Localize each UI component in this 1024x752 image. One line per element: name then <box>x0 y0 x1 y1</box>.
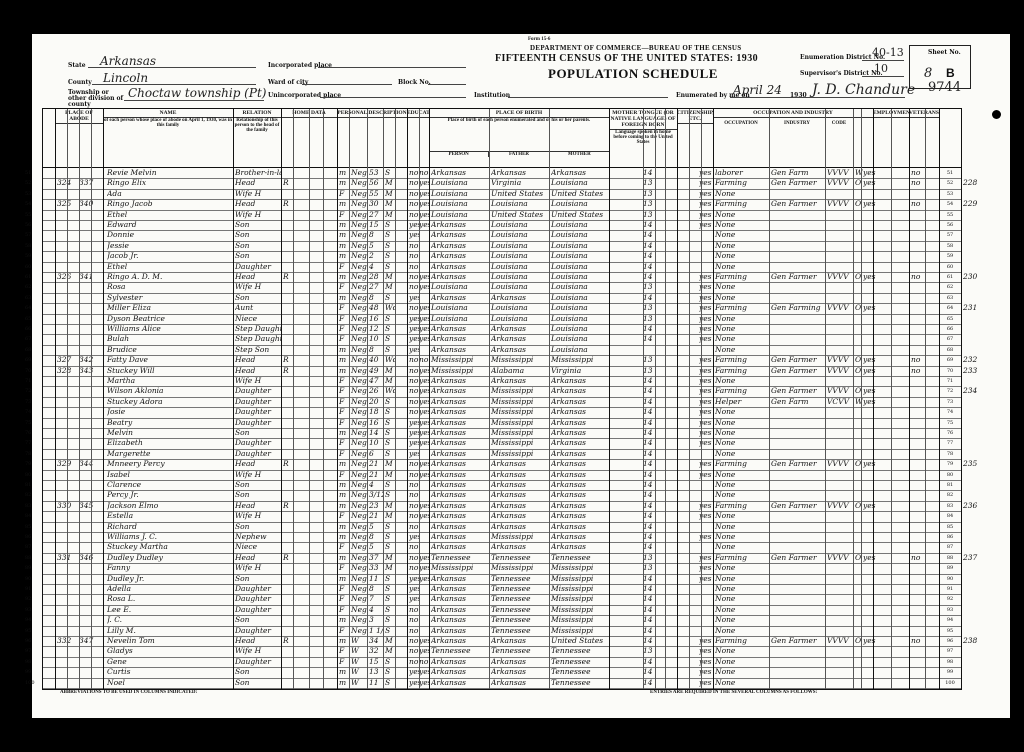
person-name: Jacob Jr. <box>107 251 231 261</box>
line-number: 99 <box>25 667 39 677</box>
mother-birthplace: Mississippi <box>551 563 609 573</box>
line-number-right: 74 <box>941 407 959 417</box>
father-birthplace: Louisiana <box>491 241 549 251</box>
race: Neg <box>351 168 367 178</box>
mother-birthplace: Louisiana <box>551 324 609 334</box>
race: Neg <box>351 345 367 355</box>
schedule-title: POPULATION SCHEDULE <box>548 66 718 82</box>
sex: m <box>339 199 349 209</box>
birthplace: Arkansas <box>431 459 489 469</box>
state-label: State <box>68 62 86 69</box>
can-read: yes <box>419 470 429 480</box>
occupation: None <box>715 251 771 261</box>
person-name: Fanny <box>107 563 231 573</box>
occupation: None <box>715 626 771 636</box>
school-attendance: yes <box>409 220 419 230</box>
line-number-right: 95 <box>941 626 959 636</box>
father-birthplace: Arkansas <box>491 542 549 552</box>
person-name: Beatry <box>107 418 231 428</box>
mother-birthplace: Virginia <box>551 366 609 376</box>
age: 18 <box>369 407 383 417</box>
race: Neg <box>351 324 367 334</box>
form-number: Form 15-6 <box>528 37 550 42</box>
occupation: None <box>715 563 771 573</box>
sex: m <box>339 615 349 625</box>
sex: m <box>339 480 349 490</box>
sex: m <box>339 522 349 532</box>
margin-note: 228 <box>963 178 983 188</box>
person-name: Stuckey Will <box>107 366 231 376</box>
school-attendance: yes <box>409 449 419 459</box>
line-number-right: 60 <box>941 262 959 272</box>
mother-birthplace: Arkansas <box>551 168 609 178</box>
can-read: yes <box>419 407 429 417</box>
can-read: yes <box>419 199 429 209</box>
sex: F <box>339 324 349 334</box>
race: Neg <box>351 178 367 188</box>
mother-birthplace: Arkansas <box>551 511 609 521</box>
line-number-right: 71 <box>941 376 959 386</box>
line-number: 87 <box>25 542 39 552</box>
father-birthplace: Arkansas <box>491 459 549 469</box>
can-read: yes <box>419 397 429 407</box>
mother-birthplace: Arkansas <box>551 459 609 469</box>
occupation-code: VVVV <box>827 636 853 646</box>
occupation: Farming <box>715 199 771 209</box>
line-number-right: 91 <box>941 584 959 594</box>
home-tenure: R <box>283 636 293 646</box>
person-name: Margerette <box>107 449 231 459</box>
sex: F <box>339 449 349 459</box>
father-birthplace: Tennessee <box>491 615 549 625</box>
line-number-right: 88 <box>941 553 959 563</box>
race: Neg <box>351 397 367 407</box>
age: 34 <box>369 636 383 646</box>
person-name: Percy Jr. <box>107 490 231 500</box>
line-number: 52 <box>25 178 39 188</box>
can-read: yes <box>419 667 429 677</box>
sex: m <box>339 459 349 469</box>
home-tenure: R <box>283 272 293 282</box>
age: 8 <box>369 293 383 303</box>
marital-status: M <box>385 178 395 188</box>
line-number: 83 <box>25 501 39 511</box>
age: 2 <box>369 251 383 261</box>
mother-birthplace: Louisiana <box>551 262 609 272</box>
line-number: 64 <box>25 303 39 313</box>
mother-birthplace: Arkansas <box>551 376 609 386</box>
marital-status: S <box>385 293 395 303</box>
occupation: None <box>715 376 771 386</box>
mother-birthplace: Mississippi <box>551 584 609 594</box>
sex: F <box>339 262 349 272</box>
margin-note: 235 <box>963 459 983 469</box>
occupation-code: VVVV <box>827 168 853 178</box>
line-number-right: 98 <box>941 657 959 667</box>
dwelling-number: 332 <box>57 636 79 646</box>
occupation-code: VVVV <box>827 303 853 313</box>
person-name: Mnneery Percy <box>107 459 231 469</box>
occupation: None <box>715 657 771 667</box>
mother-birthplace: Arkansas <box>551 501 609 511</box>
race: Neg <box>351 282 367 292</box>
relation: Wife H <box>235 189 281 199</box>
relation: Wife H <box>235 646 281 656</box>
race: Neg <box>351 522 367 532</box>
relation: Step Daughter <box>235 334 281 344</box>
birthplace: Mississippi <box>431 355 489 365</box>
marital-status: S <box>385 324 395 334</box>
birthplace: Arkansas <box>431 615 489 625</box>
occupation: None <box>715 574 771 584</box>
age: 8 <box>369 345 383 355</box>
person-name: Lilly M. <box>107 626 231 636</box>
sex: F <box>339 470 349 480</box>
person-name: Miller Eliza <box>107 303 231 313</box>
age: 6 <box>369 449 383 459</box>
father-birthplace: Arkansas <box>491 501 549 511</box>
school-attendance: no <box>409 262 419 272</box>
marital-status: S <box>385 490 395 500</box>
line-number-right: 83 <box>941 501 959 511</box>
punch-hole <box>992 110 1001 119</box>
block-label: Block No. <box>398 79 431 86</box>
employed: yes <box>863 303 877 313</box>
race: Neg <box>351 376 367 386</box>
marital-status: S <box>385 667 395 677</box>
industry: Gen Farmer <box>771 553 827 563</box>
can-read: yes <box>419 334 429 344</box>
occupation: None <box>715 220 771 230</box>
school-attendance: no <box>409 386 419 396</box>
enumerator-signature: J. D. Chandure <box>812 82 915 98</box>
person-name: Ethel <box>107 210 231 220</box>
occupation: None <box>715 605 771 615</box>
department-title: DEPARTMENT OF COMMERCE—BUREAU OF THE CEN… <box>530 44 741 52</box>
family-number: 342 <box>79 355 101 365</box>
birthplace: Arkansas <box>431 168 489 178</box>
occupation-code: VVVV <box>827 355 853 365</box>
father-birthplace: Mississippi <box>491 407 549 417</box>
relation: Wife H <box>235 210 281 220</box>
line-number-right: 57 <box>941 230 959 240</box>
line-number: 60 <box>25 262 39 272</box>
marital-status: S <box>385 418 395 428</box>
occupation: None <box>715 282 771 292</box>
school-attendance: yes <box>409 574 419 584</box>
line-number-right: 93 <box>941 605 959 615</box>
school-attendance: yes <box>409 428 419 438</box>
age: 28 <box>369 272 383 282</box>
marital-status: Wd <box>385 303 395 313</box>
veteran: no <box>911 366 925 376</box>
marital-status: S <box>385 626 395 636</box>
marital-status: S <box>385 241 395 251</box>
father-birthplace: Louisiana <box>491 282 549 292</box>
birthplace: Arkansas <box>431 334 489 344</box>
line-number: 95 <box>25 626 39 636</box>
school-attendance: yes <box>409 324 419 334</box>
person-name: Gene <box>107 657 231 667</box>
occupation: None <box>715 542 771 552</box>
line-number: 85 <box>25 522 39 532</box>
race: Neg <box>351 490 367 500</box>
can-read: yes <box>419 646 429 656</box>
veteran: no <box>911 168 925 178</box>
race: Neg <box>351 553 367 563</box>
occupation-code: VVVV <box>827 178 853 188</box>
person-name: Melvin <box>107 428 231 438</box>
race: Neg <box>351 574 367 584</box>
father-birthplace: Mississippi <box>491 355 549 365</box>
supervisor-district-value: 10 <box>874 62 888 75</box>
occupation: None <box>715 594 771 604</box>
birthplace: Arkansas <box>431 511 489 521</box>
line-number-right: 85 <box>941 522 959 532</box>
marital-status: M <box>385 366 395 376</box>
person-name: Ringo A. D. M. <box>107 272 231 282</box>
person-name: Donnie <box>107 230 231 240</box>
marital-status: S <box>385 168 395 178</box>
line-number-right: 97 <box>941 646 959 656</box>
relation: Son <box>235 678 281 688</box>
age: 4 <box>369 480 383 490</box>
marital-status: S <box>385 574 395 584</box>
school-attendance: no <box>409 272 419 282</box>
age: 4 <box>369 605 383 615</box>
age: 7 <box>369 594 383 604</box>
school-attendance: yes <box>409 667 419 677</box>
mother-birthplace: Louisiana <box>551 303 609 313</box>
family-number: 337 <box>79 178 101 188</box>
occupation: Farming <box>715 501 771 511</box>
occupation: None <box>715 407 771 417</box>
birthplace: Arkansas <box>431 418 489 428</box>
occupation: Farming <box>715 303 771 313</box>
race: Neg <box>351 262 367 272</box>
line-number-right: 58 <box>941 241 959 251</box>
birthplace: Arkansas <box>431 438 489 448</box>
can-read: yes <box>419 459 429 469</box>
mother-birthplace: Tennessee <box>551 657 609 667</box>
marital-status: M <box>385 376 395 386</box>
birthplace: Arkansas <box>431 293 489 303</box>
person-name: Dudley Dudley <box>107 553 231 563</box>
school-attendance: no <box>409 615 419 625</box>
father-birthplace: Arkansas <box>491 324 549 334</box>
relation: Head <box>235 459 281 469</box>
race: Neg <box>351 470 367 480</box>
can-read: yes <box>419 376 429 386</box>
age: 32 <box>369 646 383 656</box>
industry: Gen Farm <box>771 397 827 407</box>
mother-birthplace: Mississippi <box>551 355 609 365</box>
line-number-right: 82 <box>941 490 959 500</box>
race: Neg <box>351 459 367 469</box>
birthplace: Arkansas <box>431 428 489 438</box>
race: Neg <box>351 615 367 625</box>
age: 27 <box>369 282 383 292</box>
birthplace: Tennessee <box>431 553 489 563</box>
occupation: None <box>715 418 771 428</box>
occupation-code: VVVV <box>827 386 853 396</box>
line-number-right: 69 <box>941 355 959 365</box>
marital-status: M <box>385 272 395 282</box>
person-name: Lee E. <box>107 605 231 615</box>
mother-birthplace: Louisiana <box>551 334 609 344</box>
dwelling-number: 328 <box>57 366 79 376</box>
school-attendance: no <box>409 178 419 188</box>
school-attendance: no <box>409 657 419 667</box>
mother-birthplace: Tennessee <box>551 678 609 688</box>
relation: Daughter <box>235 605 281 615</box>
dwelling-number: 326 <box>57 272 79 282</box>
sex: m <box>339 272 349 282</box>
person-name: Martha <box>107 376 231 386</box>
can-read: yes <box>419 282 429 292</box>
marital-status: S <box>385 449 395 459</box>
line-number: 76 <box>25 428 39 438</box>
line-number: 89 <box>25 563 39 573</box>
father-birthplace: Virginia <box>491 178 549 188</box>
veteran: no <box>911 553 925 563</box>
school-attendance: no <box>409 522 419 532</box>
can-read: yes <box>419 220 429 230</box>
township-value: Choctaw township (Pt) <box>128 86 266 100</box>
school-attendance: yes <box>409 584 419 594</box>
sex: m <box>339 428 349 438</box>
race: Neg <box>351 386 367 396</box>
occupation: None <box>715 511 771 521</box>
relation: Head <box>235 355 281 365</box>
margin-note: 229 <box>963 199 983 209</box>
age: 16 <box>369 314 383 324</box>
age: 48 <box>369 303 383 313</box>
line-number-right: 55 <box>941 210 959 220</box>
person-name: Edward <box>107 220 231 230</box>
relation: Head <box>235 366 281 376</box>
age: 10 <box>369 334 383 344</box>
sex: F <box>339 646 349 656</box>
can-read: yes <box>419 272 429 282</box>
marital-status: Wd <box>385 355 395 365</box>
occupation: None <box>715 532 771 542</box>
sex: F <box>339 407 349 417</box>
marital-status: M <box>385 511 395 521</box>
line-number: 69 <box>25 355 39 365</box>
relation: Step Son <box>235 345 281 355</box>
birthplace: Tennessee <box>431 646 489 656</box>
occupation-code: VVVV <box>827 501 853 511</box>
age: 49 <box>369 366 383 376</box>
age: 26 <box>369 386 383 396</box>
person-name: Noel <box>107 678 231 688</box>
line-number: 54 <box>25 199 39 209</box>
race: Neg <box>351 303 367 313</box>
school-attendance: no <box>409 563 419 573</box>
family-number: 344 <box>79 459 101 469</box>
veteran: no <box>911 636 925 646</box>
father-birthplace: Mississippi <box>491 532 549 542</box>
race: Neg <box>351 428 367 438</box>
sex: F <box>339 334 349 344</box>
father-birthplace: Mississippi <box>491 438 549 448</box>
occupation: None <box>715 584 771 594</box>
father-birthplace: Arkansas <box>491 376 549 386</box>
line-number-right: 65 <box>941 314 959 324</box>
can-read: yes <box>419 386 429 396</box>
can-read: yes <box>419 366 429 376</box>
occupation: None <box>715 189 771 199</box>
race: Neg <box>351 626 367 636</box>
father-birthplace: United States <box>491 210 549 220</box>
person-name: Isabel <box>107 470 231 480</box>
marital-status: M <box>385 646 395 656</box>
school-attendance: no <box>409 511 419 521</box>
race: Neg <box>351 189 367 199</box>
age: 56 <box>369 178 383 188</box>
school-attendance: no <box>409 636 419 646</box>
father-birthplace: Arkansas <box>491 636 549 646</box>
mother-birthplace: Arkansas <box>551 386 609 396</box>
age: 37 <box>369 553 383 563</box>
relation: Wife H <box>235 282 281 292</box>
marital-status: M <box>385 553 395 563</box>
line-number: 72 <box>25 386 39 396</box>
school-attendance: no <box>409 366 419 376</box>
col-group-relation: RELATIONRelationship of this person to t… <box>233 109 282 167</box>
industry: Gen Farmer <box>771 355 827 365</box>
father-birthplace: Mississippi <box>491 386 549 396</box>
race: Neg <box>351 355 367 365</box>
industry: Gen Farmer <box>771 199 827 209</box>
father-birthplace: Arkansas <box>491 522 549 532</box>
line-number: 65 <box>25 314 39 324</box>
margin-note: 230 <box>963 272 983 282</box>
school-attendance: yes <box>409 334 419 344</box>
birthplace: Arkansas <box>431 397 489 407</box>
birthplace: Louisiana <box>431 282 489 292</box>
occupation: None <box>715 490 771 500</box>
person-name: Richard <box>107 522 231 532</box>
age: 47 <box>369 376 383 386</box>
school-attendance: no <box>409 501 419 511</box>
relation: Son <box>235 480 281 490</box>
line-number-right: 59 <box>941 251 959 261</box>
industry: Gen Farmer <box>771 366 827 376</box>
birthplace: Arkansas <box>431 501 489 511</box>
state-value: Arkansas <box>100 54 156 68</box>
race: Neg <box>351 418 367 428</box>
person-name: Ringo Jacob <box>107 199 231 209</box>
line-number: 57 <box>25 230 39 240</box>
marital-status: M <box>385 563 395 573</box>
line-number-right: 77 <box>941 438 959 448</box>
industry: Gen Farming <box>771 303 827 313</box>
race: Neg <box>351 272 367 282</box>
relation: Niece <box>235 542 281 552</box>
birthplace: Arkansas <box>431 532 489 542</box>
relation: Daughter <box>235 594 281 604</box>
age: 5 <box>369 542 383 552</box>
industry: Gen Farmer <box>771 501 827 511</box>
line-number: 93 <box>25 605 39 615</box>
race: Neg <box>351 511 367 521</box>
sex: m <box>339 178 349 188</box>
occupation-code: VVVV <box>827 553 853 563</box>
sex: F <box>339 418 349 428</box>
relation: Daughter <box>235 449 281 459</box>
